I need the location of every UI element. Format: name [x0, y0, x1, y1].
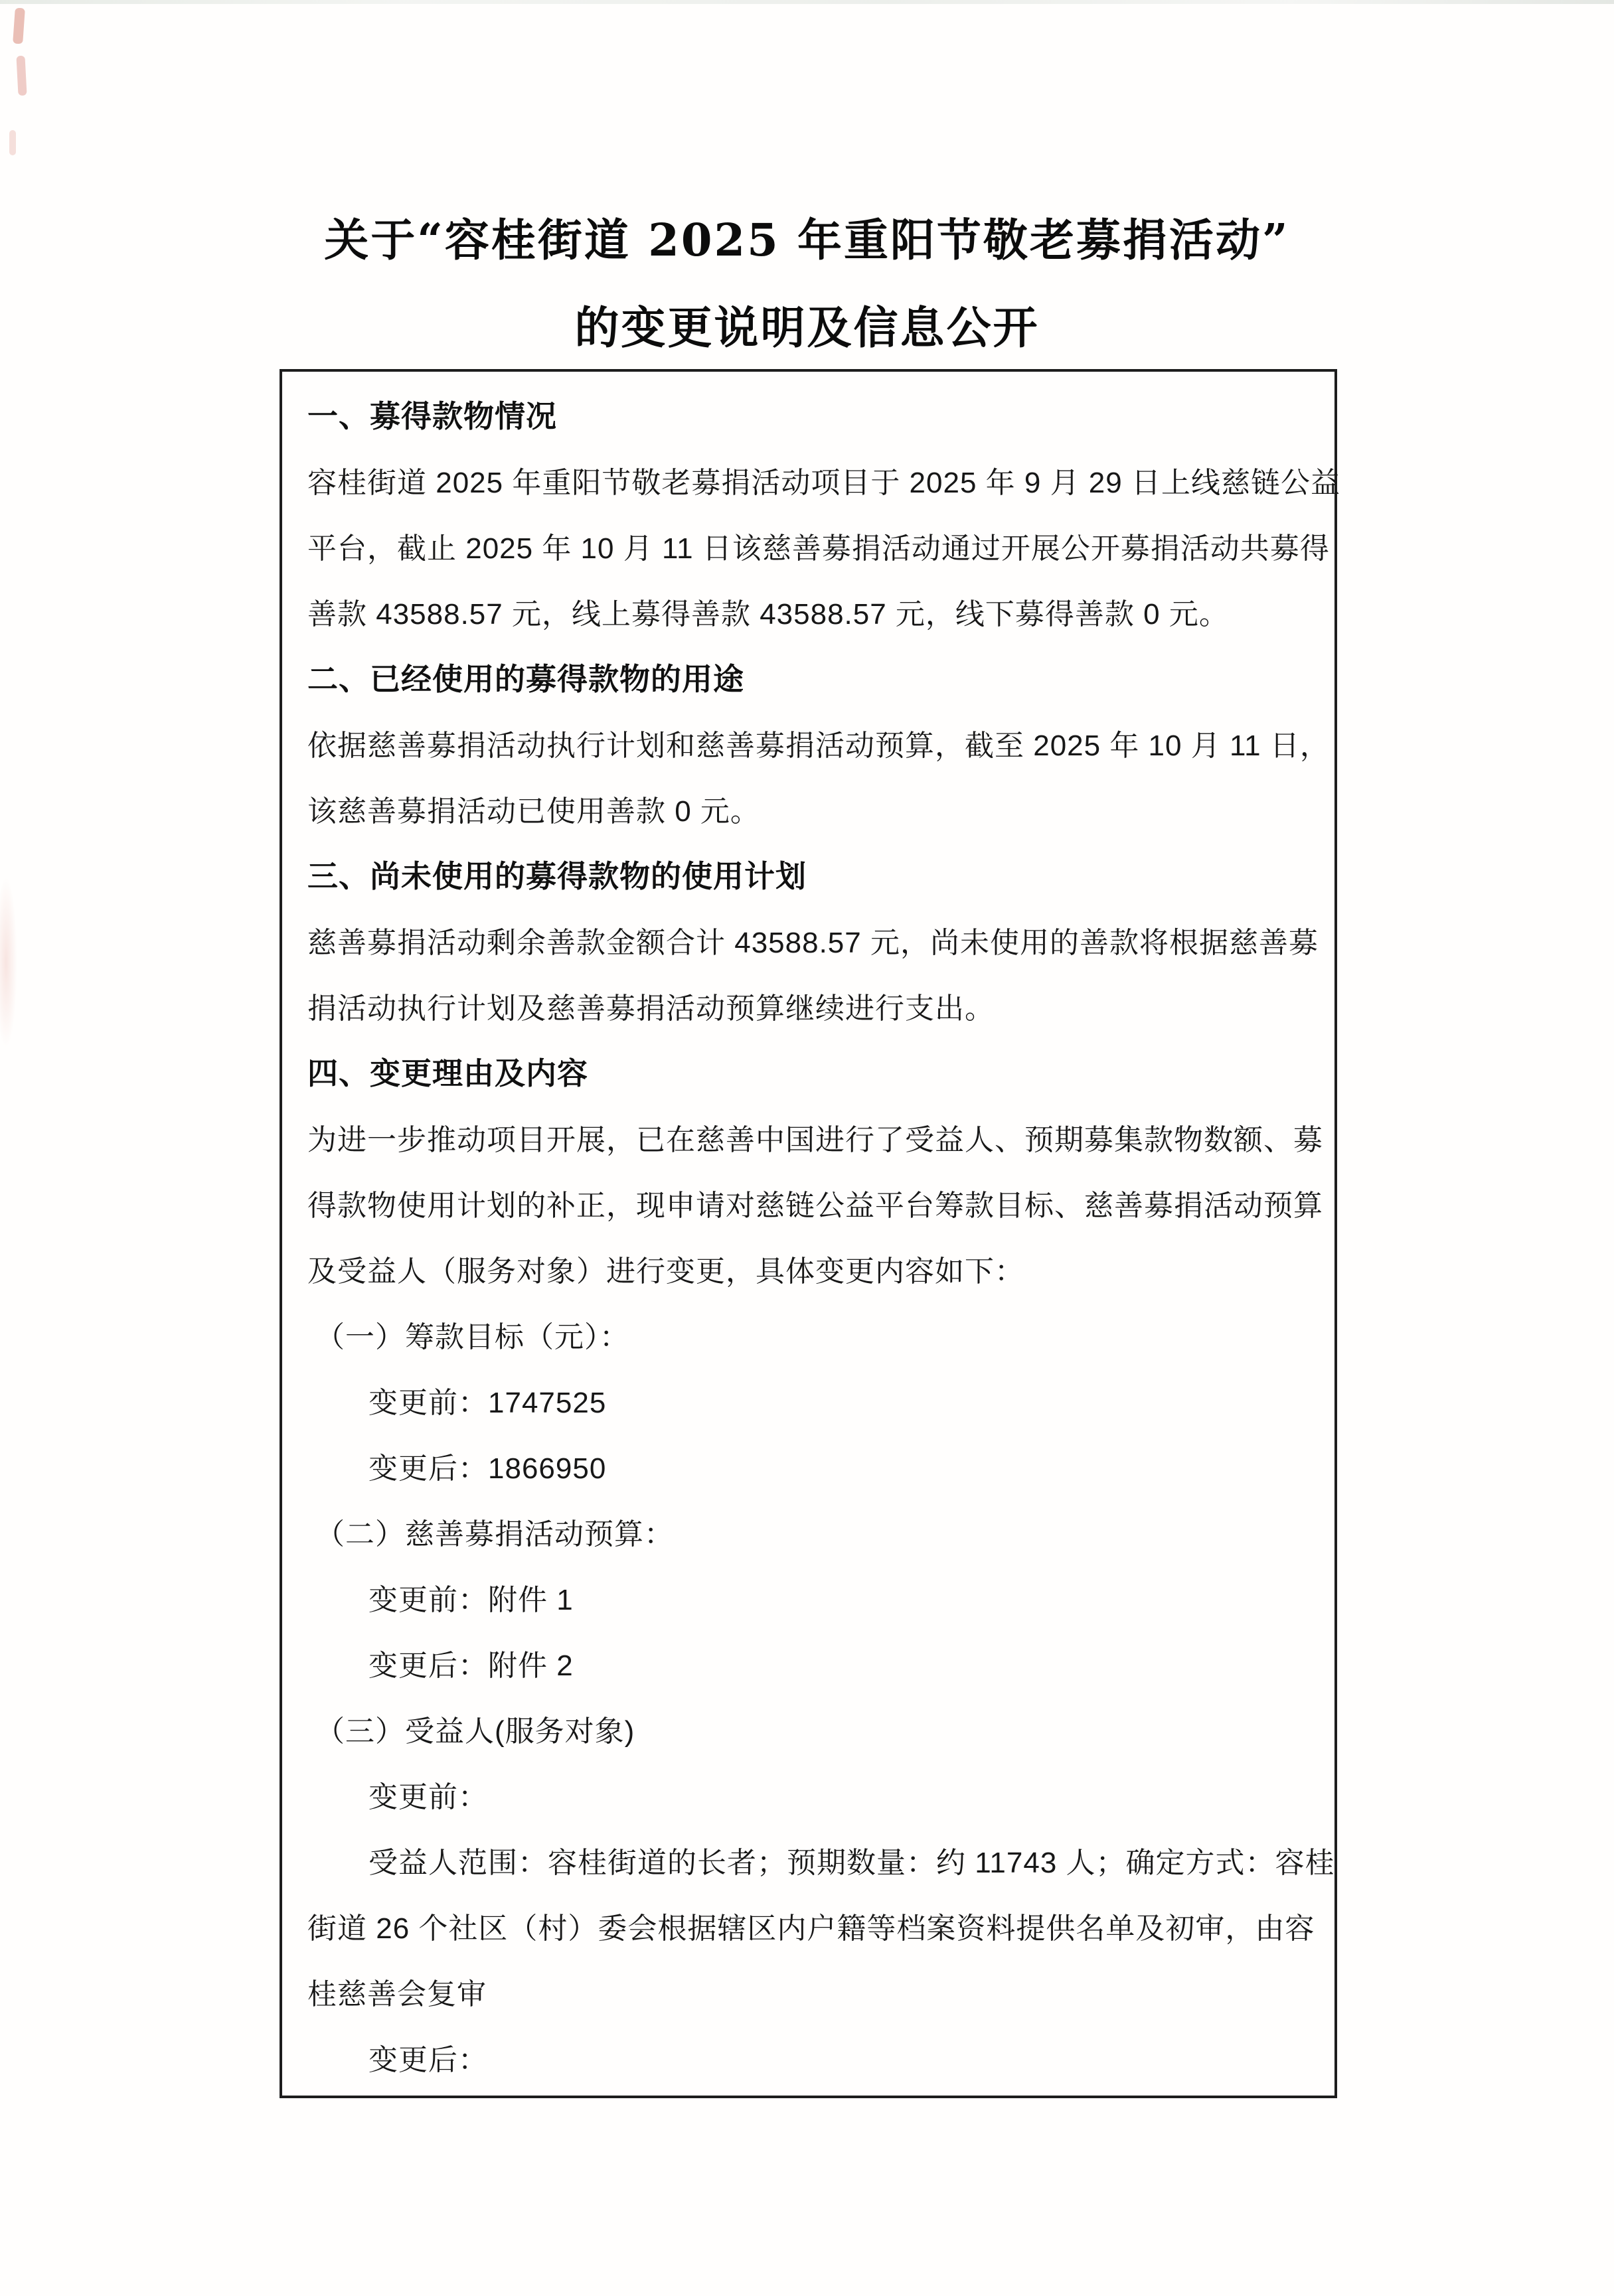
paragraph-line: 平台，截止 2025 年 10 月 11 日该慈善募捐活动通过开展公开募捐活动共… — [307, 512, 1309, 578]
scan-edge-artifact — [0, 0, 1614, 4]
section-heading: 一、募得款物情况 — [307, 381, 1309, 447]
subsection-heading: （一）筹款目标（元）： — [307, 1301, 1309, 1367]
value-line: 变更后：1866950 — [307, 1432, 1309, 1498]
section-heading: 四、变更理由及内容 — [307, 1038, 1309, 1104]
section-heading: 二、已经使用的募得款物的用途 — [307, 644, 1309, 710]
value-line: 变更前：1747525 — [307, 1367, 1309, 1432]
red-ink-artifact — [13, 8, 25, 44]
paragraph-line: 为进一步推动项目开展，已在慈善中国进行了受益人、预期募集款物数额、募 — [307, 1104, 1309, 1170]
red-ink-artifact — [9, 130, 16, 155]
paragraph-line: 该慈善募捐活动已使用善款 0 元。 — [307, 775, 1309, 841]
paragraph-line: 得款物使用计划的补正，现申请对慈链公益平台筹款目标、慈善募捐活动预算 — [307, 1170, 1309, 1235]
document-body-box: 一、募得款物情况 容桂街道 2025 年重阳节敬老募捐活动项目于 2025 年 … — [280, 369, 1337, 2098]
paragraph-line: 受益人范围：容桂街道的长者；预期数量：约 11743 人；确定方式：容桂 — [307, 1827, 1309, 1892]
paragraph-line: 容桂街道 2025 年重阳节敬老募捐活动项目于 2025 年 9 月 29 日上… — [307, 447, 1309, 512]
document-title-line2: 的变更说明及信息公开 — [0, 284, 1614, 372]
document-title-line1: 关于“容桂街道 2025 年重阳节敬老募捐活动” — [0, 196, 1614, 284]
paragraph-line: 善款 43588.57 元，线上募得善款 43588.57 元，线下募得善款 0… — [307, 578, 1309, 644]
subsection-heading: （二）慈善募捐活动预算： — [307, 1498, 1309, 1564]
paragraph-line: 桂慈善会复审 — [307, 1958, 1309, 2024]
value-line: 变更前：附件 1 — [307, 1564, 1309, 1630]
section-heading: 三、尚未使用的募得款物的使用计划 — [307, 841, 1309, 907]
pink-smudge-artifact — [0, 876, 17, 1049]
paragraph-line: 依据慈善募捐活动执行计划和慈善募捐活动预算，截至 2025 年 10 月 11 … — [307, 710, 1309, 775]
scanned-document-page: 关于“容桂街道 2025 年重阳节敬老募捐活动” 的变更说明及信息公开 一、募得… — [0, 0, 1614, 2296]
paragraph-line: 街道 26 个社区（村）委会根据辖区内户籍等档案资料提供名单及初审，由容 — [307, 1892, 1309, 1958]
paragraph-line: 慈善募捐活动剩余善款金额合计 43588.57 元，尚未使用的善款将根据慈善募 — [307, 907, 1309, 972]
red-ink-artifact — [16, 56, 27, 96]
paragraph-line: 捐活动执行计划及慈善募捐活动预算继续进行支出。 — [307, 972, 1309, 1038]
value-line: 变更后： — [307, 2024, 1309, 2090]
subsection-heading: （三）受益人(服务对象) — [307, 1695, 1309, 1761]
document-title: 关于“容桂街道 2025 年重阳节敬老募捐活动” 的变更说明及信息公开 — [0, 196, 1614, 372]
value-line: 变更前： — [307, 1761, 1309, 1827]
value-line: 变更后：附件 2 — [307, 1630, 1309, 1695]
paragraph-line: 及受益人（服务对象）进行变更，具体变更内容如下： — [307, 1235, 1309, 1301]
